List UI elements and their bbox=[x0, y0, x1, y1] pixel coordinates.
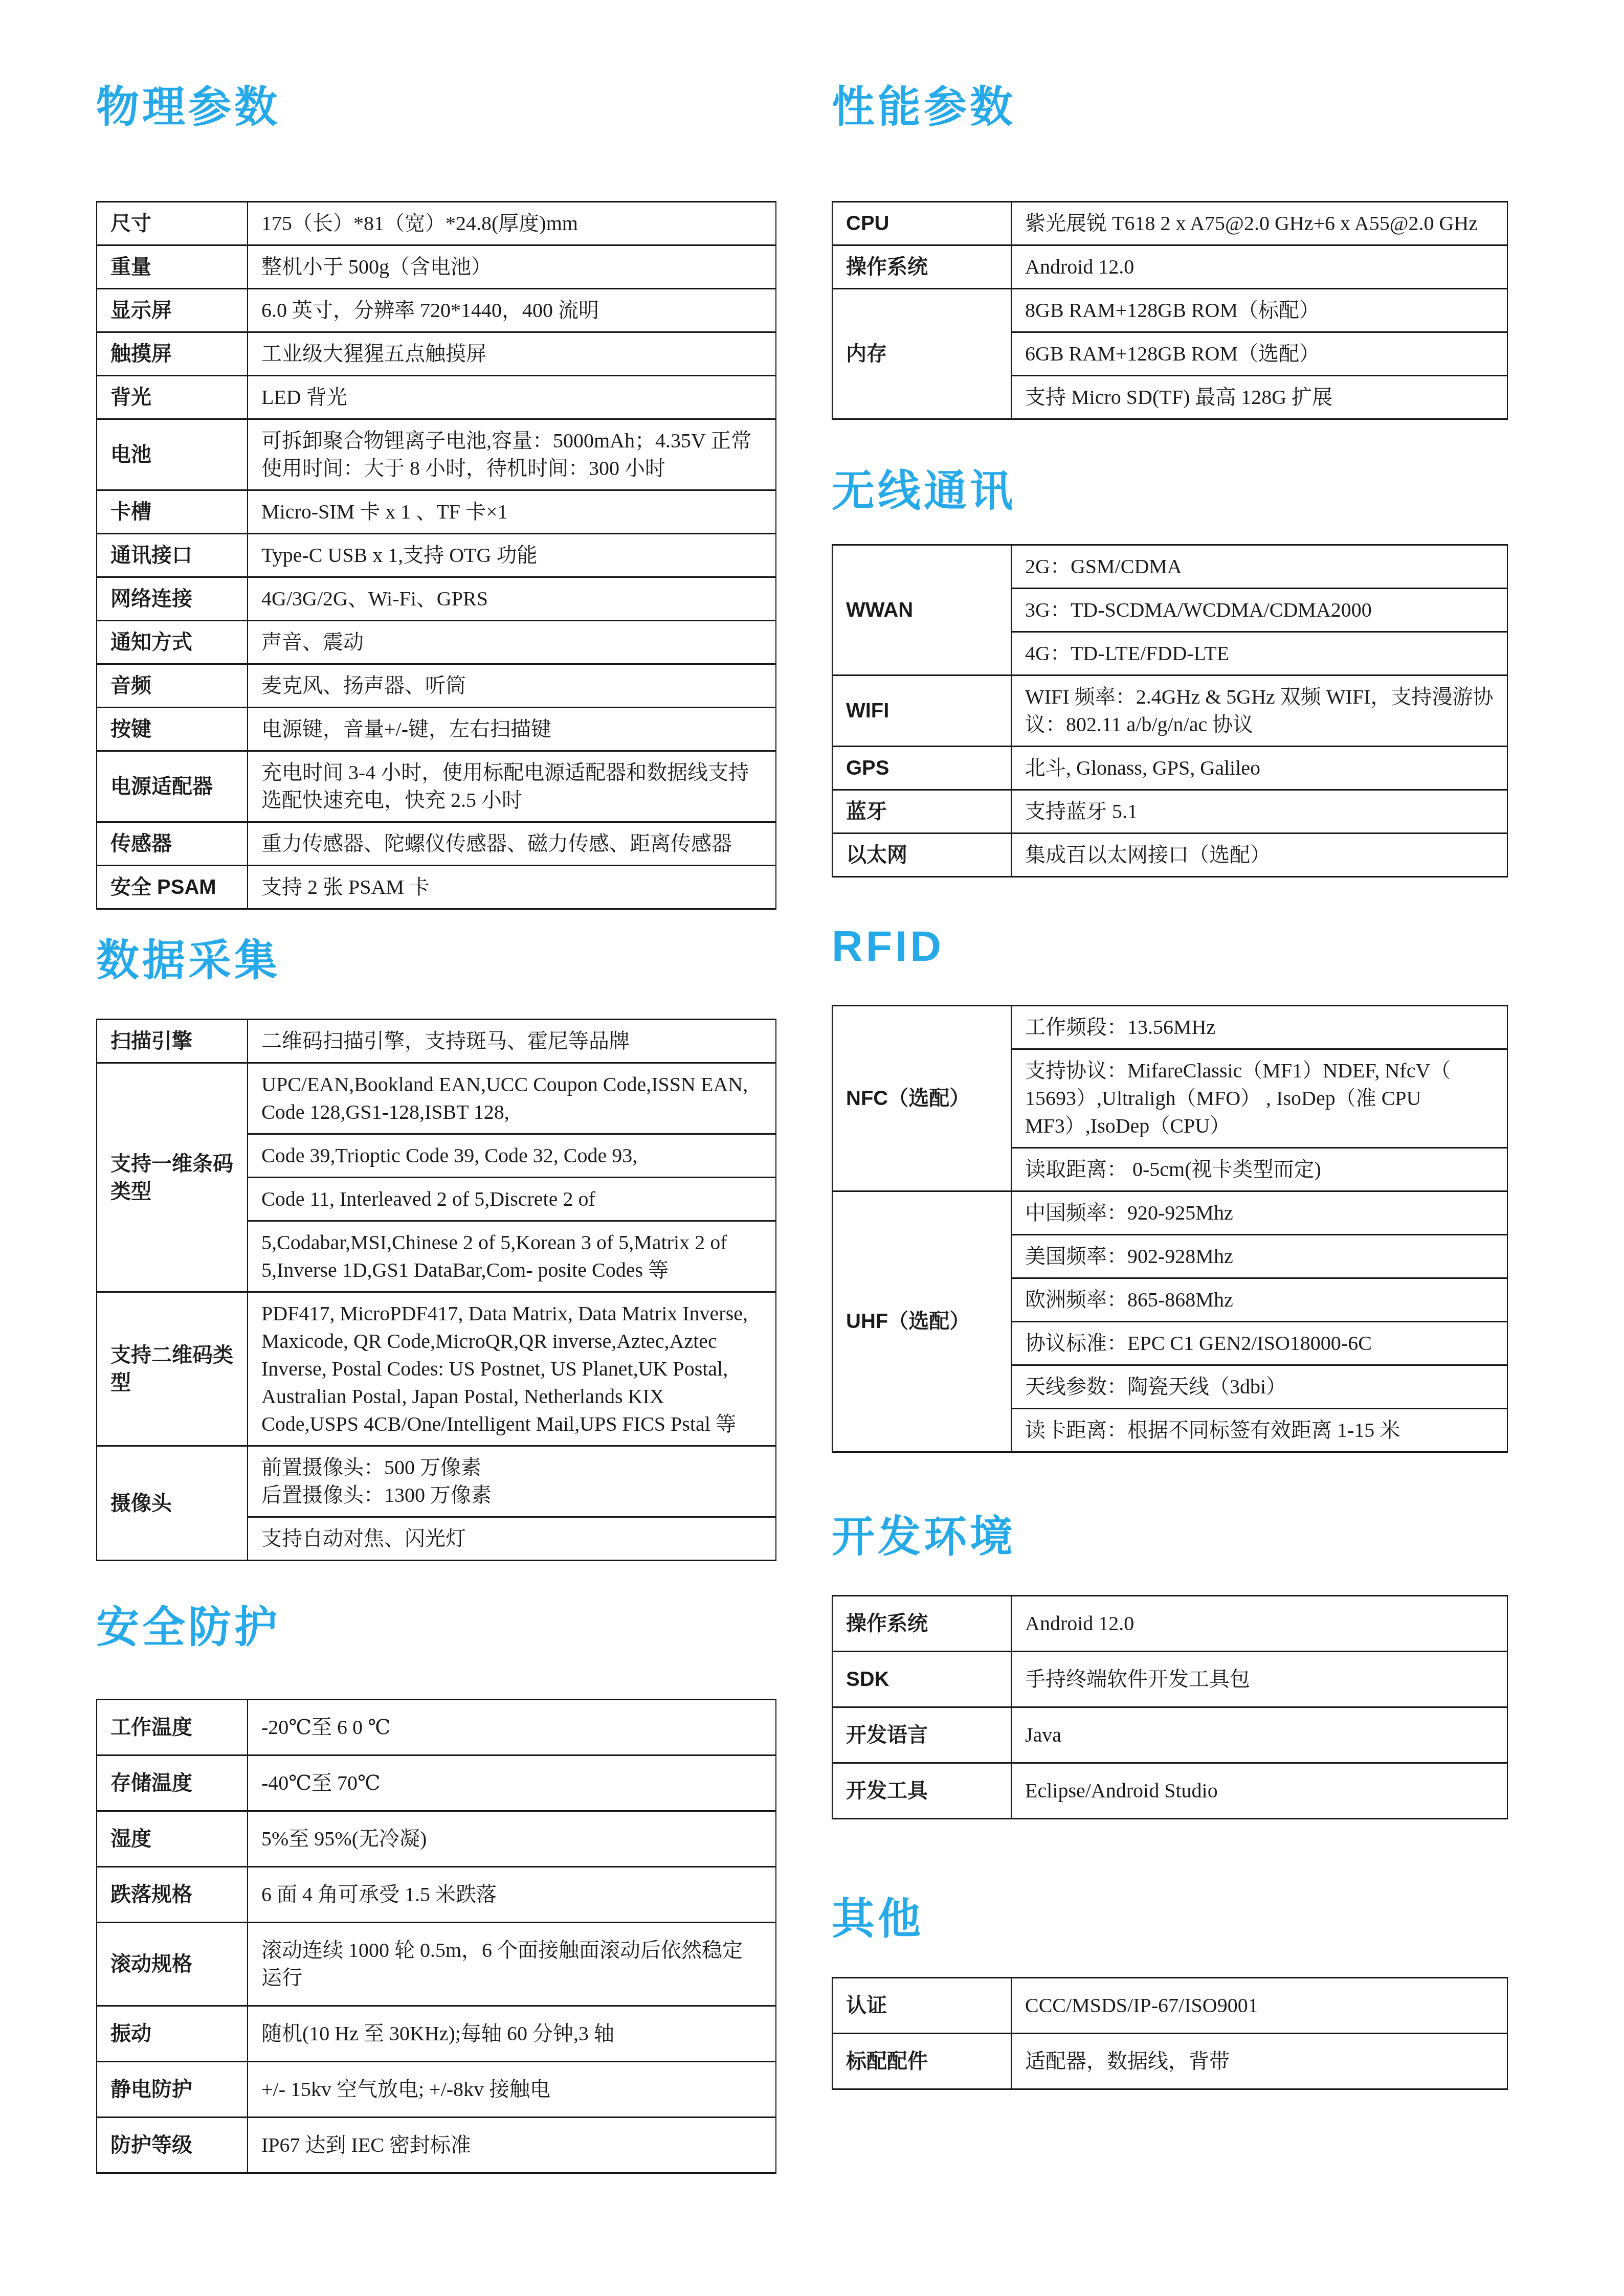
table-row: 湿度5%至 95%(无冷凝) bbox=[97, 1811, 776, 1866]
table-row: CPU 紫光展锐 T618 2 x A75@2.0 GHz+6 x A55@2.… bbox=[832, 202, 1507, 245]
table-row: UHF（选配） 中国频率：920-925Mhz bbox=[832, 1191, 1507, 1234]
table-row: 电池可拆卸聚合物锂离子电池,容量：5000mAh；4.35V 正常使用时间：大于… bbox=[97, 419, 776, 490]
table-row: 按键电源键，音量+/-键，左右扫描键 bbox=[97, 708, 776, 751]
row-label: 以太网 bbox=[832, 834, 1011, 877]
left-column: 物理参数 尺寸175（长）*81（宽）*24.8(厚度)mm 重量整机小于 50… bbox=[96, 0, 776, 2174]
right-column: 性能参数 CPU 紫光展锐 T618 2 x A75@2.0 GHz+6 x A… bbox=[832, 0, 1508, 2090]
row-label: 滚动规格 bbox=[97, 1922, 248, 2006]
wireless-table: WWAN 2G：GSM/CDMA 3G：TD-SCDMA/WCDMA/CDMA2… bbox=[832, 544, 1508, 877]
table-row: 操作系统 Android 12.0 bbox=[832, 245, 1507, 289]
row-label: UHF（选配） bbox=[832, 1191, 1011, 1452]
row-value: 175（长）*81（宽）*24.8(厚度)mm bbox=[248, 202, 776, 245]
section-title-wireless: 无线通讯 bbox=[832, 468, 1508, 513]
row-value: Code 39,Trioptic Code 39, Code 32, Code … bbox=[248, 1134, 776, 1178]
row-label: 支持一维条码类型 bbox=[97, 1063, 248, 1292]
table-row: 滚动规格滚动连续 1000 轮 0.5m，6 个面接触面滚动后依然稳定运行 bbox=[97, 1922, 776, 2006]
section-development: 开发环境 操作系统Android 12.0 SDK手持终端软件开发工具包 开发语… bbox=[832, 1514, 1508, 1819]
table-row: 尺寸175（长）*81（宽）*24.8(厚度)mm bbox=[97, 202, 776, 245]
table-row: 以太网集成百以太网接口（选配） bbox=[832, 834, 1507, 877]
section-title-physical: 物理参数 bbox=[96, 84, 776, 129]
row-label: 支持二维码类型 bbox=[97, 1292, 248, 1446]
row-label: 扫描引擎 bbox=[97, 1020, 248, 1063]
row-value: 2G：GSM/CDMA bbox=[1011, 545, 1507, 589]
row-value: 滚动连续 1000 轮 0.5m，6 个面接触面滚动后依然稳定运行 bbox=[248, 1922, 776, 2006]
section-data-collection: 数据采集 扫描引擎 二维码扫描引擎，支持斑马、霍尼等品牌 支持一维条码类型 UP… bbox=[96, 938, 776, 1561]
row-value: 北斗, Glonass, GPS, Galileo bbox=[1011, 747, 1507, 790]
row-value: 6GB RAM+128GB ROM（选配） bbox=[1011, 332, 1507, 376]
row-value: 3G：TD-SCDMA/WCDMA/CDMA2000 bbox=[1011, 589, 1507, 632]
section-physical: 物理参数 尺寸175（长）*81（宽）*24.8(厚度)mm 重量整机小于 50… bbox=[96, 84, 776, 910]
table-row: 支持一维条码类型 UPC/EAN,Bookland EAN,UCC Coupon… bbox=[97, 1063, 776, 1134]
table-row: 通知方式声音、震动 bbox=[97, 621, 776, 664]
row-label: 传感器 bbox=[97, 822, 248, 866]
row-value: 麦克风、扬声器、听筒 bbox=[248, 664, 776, 708]
row-value: 支持 Micro SD(TF) 最高 128G 扩展 bbox=[1011, 376, 1507, 419]
table-row: 静电防护+/- 15kv 空气放电; +/-8kv 接触电 bbox=[97, 2061, 776, 2117]
row-value: 6.0 英寸，分辨率 720*1440，400 流明 bbox=[248, 289, 776, 332]
row-label: 电源适配器 bbox=[97, 751, 248, 822]
row-label: 触摸屏 bbox=[97, 332, 248, 376]
table-row: 认证CCC/MSDS/IP-67/ISO9001 bbox=[832, 1977, 1507, 2033]
row-label: 标配配件 bbox=[832, 2033, 1011, 2089]
row-value: 支持自动对焦、闪光灯 bbox=[248, 1517, 776, 1561]
row-value: 随机(10 Hz 至 30KHz);每轴 60 分钟,3 轴 bbox=[248, 2006, 776, 2061]
row-value: 6 面 4 角可承受 1.5 米跌落 bbox=[248, 1866, 776, 1922]
row-label: 按键 bbox=[97, 708, 248, 751]
table-row: 工作温度-20℃至 6 0 ℃ bbox=[97, 1699, 776, 1755]
row-label: SDK bbox=[832, 1651, 1011, 1707]
row-value: 5,Codabar,MSI,Chinese 2 of 5,Korean 3 of… bbox=[248, 1221, 776, 1292]
table-row: 背光LED 背光 bbox=[97, 376, 776, 419]
row-label: WIFI bbox=[832, 676, 1011, 747]
row-value: 紫光展锐 T618 2 x A75@2.0 GHz+6 x A55@2.0 GH… bbox=[1011, 202, 1507, 245]
table-row: 传感器重力传感器、陀螺仪传感器、磁力传感、距离传感器 bbox=[97, 822, 776, 866]
table-row: 重量整机小于 500g（含电池） bbox=[97, 245, 776, 289]
row-value: +/- 15kv 空气放电; +/-8kv 接触电 bbox=[248, 2061, 776, 2117]
row-value: 整机小于 500g（含电池） bbox=[248, 245, 776, 289]
row-value: 8GB RAM+128GB ROM（标配） bbox=[1011, 289, 1507, 332]
row-label: 操作系统 bbox=[832, 245, 1011, 289]
section-title-safety: 安全防护 bbox=[96, 1605, 776, 1650]
section-performance: 性能参数 CPU 紫光展锐 T618 2 x A75@2.0 GHz+6 x A… bbox=[832, 84, 1508, 420]
section-title-performance: 性能参数 bbox=[832, 84, 1508, 129]
row-value: Type-C USB x 1,支持 OTG 功能 bbox=[248, 534, 776, 577]
row-label: 存储温度 bbox=[97, 1755, 248, 1811]
row-label: NFC（选配） bbox=[832, 1005, 1011, 1191]
row-label: 蓝牙 bbox=[832, 790, 1011, 834]
section-safety: 安全防护 工作温度-20℃至 6 0 ℃ 存储温度-40℃至 70℃ 湿度5%至… bbox=[96, 1605, 776, 2173]
row-label: 开发语言 bbox=[832, 1707, 1011, 1763]
table-row: WWAN 2G：GSM/CDMA bbox=[832, 545, 1507, 589]
row-label: 内存 bbox=[832, 289, 1011, 419]
row-value: 中国频率：920-925Mhz bbox=[1011, 1191, 1507, 1234]
row-label: CPU bbox=[832, 202, 1011, 245]
row-value: Android 12.0 bbox=[1011, 245, 1507, 289]
row-label: 开发工具 bbox=[832, 1763, 1011, 1818]
table-row: 蓝牙支持蓝牙 5.1 bbox=[832, 790, 1507, 834]
camera-front-value: 前置摄像头：500 万像素 bbox=[261, 1454, 762, 1481]
other-table: 认证CCC/MSDS/IP-67/ISO9001 标配配件适配器，数据线，背带 bbox=[832, 1977, 1508, 2090]
row-label: WWAN bbox=[832, 545, 1011, 676]
row-value: 声音、震动 bbox=[248, 621, 776, 664]
row-value: 工作频段：13.56MHz bbox=[1011, 1005, 1507, 1049]
row-value: Eclipse/Android Studio bbox=[1011, 1763, 1507, 1818]
row-value: 支持协议：MifareClassic（MF1）NDEF, NfcV（ 15693… bbox=[1011, 1049, 1507, 1147]
row-label: 背光 bbox=[97, 376, 248, 419]
table-row: 跌落规格6 面 4 角可承受 1.5 米跌落 bbox=[97, 1866, 776, 1922]
row-value: -20℃至 6 0 ℃ bbox=[248, 1699, 776, 1755]
row-value: 可拆卸聚合物锂离子电池,容量：5000mAh；4.35V 正常使用时间：大于 8… bbox=[248, 419, 776, 490]
row-value: CCC/MSDS/IP-67/ISO9001 bbox=[1011, 1977, 1507, 2033]
table-row: 网络连接4G/3G/2G、Wi-Fi、GPRS bbox=[97, 577, 776, 621]
table-row: 显示屏6.0 英寸，分辨率 720*1440，400 流明 bbox=[97, 289, 776, 332]
section-other: 其他 认证CCC/MSDS/IP-67/ISO9001 标配配件适配器，数据线，… bbox=[832, 1896, 1508, 2090]
row-value: 适配器，数据线，背带 bbox=[1011, 2033, 1507, 2089]
row-label: 网络连接 bbox=[97, 577, 248, 621]
section-title-data-collection: 数据采集 bbox=[96, 938, 776, 983]
row-label: 认证 bbox=[832, 1977, 1011, 2033]
table-row: 开发工具Eclipse/Android Studio bbox=[832, 1763, 1507, 1818]
row-label: 重量 bbox=[97, 245, 248, 289]
section-wireless: 无线通讯 WWAN 2G：GSM/CDMA 3G：TD-SCDMA/WCDMA/… bbox=[832, 468, 1508, 877]
row-value: IP67 达到 IEC 密封标准 bbox=[248, 2117, 776, 2173]
row-value: 天线参数：陶瓷天线（3dbi） bbox=[1011, 1365, 1507, 1408]
row-label: 静电防护 bbox=[97, 2061, 248, 2117]
row-value: Micro-SIM 卡 x 1 、TF 卡×1 bbox=[248, 490, 776, 534]
row-label: 振动 bbox=[97, 2006, 248, 2061]
table-row: 标配配件适配器，数据线，背带 bbox=[832, 2033, 1507, 2089]
table-row: 存储温度-40℃至 70℃ bbox=[97, 1755, 776, 1811]
row-label: 电池 bbox=[97, 419, 248, 490]
table-row: SDK手持终端软件开发工具包 bbox=[832, 1651, 1507, 1707]
row-value: 4G：TD-LTE/FDD-LTE bbox=[1011, 632, 1507, 676]
row-value: UPC/EAN,Bookland EAN,UCC Coupon Code,ISS… bbox=[248, 1063, 776, 1134]
table-row: 通讯接口Type-C USB x 1,支持 OTG 功能 bbox=[97, 534, 776, 577]
row-value: 读卡距离：根据不同标签有效距离 1-15 米 bbox=[1011, 1408, 1507, 1452]
row-label: 跌落规格 bbox=[97, 1866, 248, 1922]
table-row: 摄像头 前置摄像头：500 万像素 后置摄像头：1300 万像素 bbox=[97, 1446, 776, 1517]
table-row: 操作系统Android 12.0 bbox=[832, 1595, 1507, 1651]
row-value: WIFI 频率：2.4GHz & 5GHz 双频 WIFI，支持漫游协议：802… bbox=[1011, 676, 1507, 747]
row-label: GPS bbox=[832, 747, 1011, 790]
row-label: 通讯接口 bbox=[97, 534, 248, 577]
row-value: 5%至 95%(无冷凝) bbox=[248, 1811, 776, 1866]
row-value: 手持终端软件开发工具包 bbox=[1011, 1651, 1507, 1707]
section-rfid: RFID NFC（选配） 工作频段：13.56MHz 支持协议：MifareCl… bbox=[832, 924, 1508, 1452]
row-value: 集成百以太网接口（选配） bbox=[1011, 834, 1507, 877]
spec-sheet-page: { "accent_color": "#25a9e8", "sections":… bbox=[0, 0, 1624, 2296]
row-value: 重力传感器、陀螺仪传感器、磁力传感、距离传感器 bbox=[248, 822, 776, 866]
row-label: 操作系统 bbox=[832, 1595, 1011, 1651]
table-row: GPS北斗, Glonass, GPS, Galileo bbox=[832, 747, 1507, 790]
development-table: 操作系统Android 12.0 SDK手持终端软件开发工具包 开发语言Java… bbox=[832, 1595, 1508, 1819]
row-value: 美国频率：902-928Mhz bbox=[1011, 1234, 1507, 1278]
table-row: 防护等级IP67 达到 IEC 密封标准 bbox=[97, 2117, 776, 2173]
row-label: 尺寸 bbox=[97, 202, 248, 245]
table-row: 安全 PSAM支持 2 张 PSAM 卡 bbox=[97, 866, 776, 909]
section-title-development: 开发环境 bbox=[832, 1514, 1508, 1559]
camera-rear-value: 后置摄像头：1300 万像素 bbox=[261, 1481, 762, 1509]
row-value: 电源键，音量+/-键，左右扫描键 bbox=[248, 708, 776, 751]
physical-table: 尺寸175（长）*81（宽）*24.8(厚度)mm 重量整机小于 500g（含电… bbox=[96, 201, 776, 910]
row-value: 4G/3G/2G、Wi-Fi、GPRS bbox=[248, 577, 776, 621]
performance-table: CPU 紫光展锐 T618 2 x A75@2.0 GHz+6 x A55@2.… bbox=[832, 201, 1508, 420]
row-value: 二维码扫描引擎，支持斑马、霍尼等品牌 bbox=[248, 1020, 776, 1063]
table-row: NFC（选配） 工作频段：13.56MHz bbox=[832, 1005, 1507, 1049]
table-row: 支持二维码类型 PDF417, MicroPDF417, Data Matrix… bbox=[97, 1292, 776, 1446]
row-label: 通知方式 bbox=[97, 621, 248, 664]
row-label: 摄像头 bbox=[97, 1446, 248, 1561]
table-row: 卡槽Micro-SIM 卡 x 1 、TF 卡×1 bbox=[97, 490, 776, 534]
row-label: 显示屏 bbox=[97, 289, 248, 332]
row-value: 前置摄像头：500 万像素 后置摄像头：1300 万像素 bbox=[248, 1446, 776, 1517]
section-title-other: 其他 bbox=[832, 1896, 1508, 1941]
table-row: WIFIWIFI 频率：2.4GHz & 5GHz 双频 WIFI，支持漫游协议… bbox=[832, 676, 1507, 747]
safety-table: 工作温度-20℃至 6 0 ℃ 存储温度-40℃至 70℃ 湿度5%至 95%(… bbox=[96, 1699, 776, 2174]
row-value: 欧洲频率：865-868Mhz bbox=[1011, 1278, 1507, 1321]
row-value: 支持 2 张 PSAM 卡 bbox=[248, 866, 776, 909]
row-label: 工作温度 bbox=[97, 1699, 248, 1755]
rfid-table: NFC（选配） 工作频段：13.56MHz 支持协议：MifareClassic… bbox=[832, 1005, 1508, 1453]
row-value: Code 11, Interleaved 2 of 5,Discrete 2 o… bbox=[248, 1178, 776, 1221]
row-value: 工业级大猩猩五点触摸屏 bbox=[248, 332, 776, 376]
table-row: 振动随机(10 Hz 至 30KHz);每轴 60 分钟,3 轴 bbox=[97, 2006, 776, 2061]
row-value: LED 背光 bbox=[248, 376, 776, 419]
table-row: 音频麦克风、扬声器、听筒 bbox=[97, 664, 776, 708]
table-row: 内存 8GB RAM+128GB ROM（标配） bbox=[832, 289, 1507, 332]
row-value: 读取距离： 0-5cm(视卡类型而定) bbox=[1011, 1147, 1507, 1191]
row-value: PDF417, MicroPDF417, Data Matrix, Data M… bbox=[248, 1292, 776, 1446]
row-value: Android 12.0 bbox=[1011, 1595, 1507, 1651]
row-value: 协议标准：EPC C1 GEN2/ISO18000-6C bbox=[1011, 1321, 1507, 1365]
row-label: 湿度 bbox=[97, 1811, 248, 1866]
table-row: 电源适配器充电时间 3-4 小时，使用标配电源适配器和数据线支持选配快速充电，快… bbox=[97, 751, 776, 822]
row-value: Java bbox=[1011, 1707, 1507, 1763]
row-label: 防护等级 bbox=[97, 2117, 248, 2173]
table-row: 开发语言Java bbox=[832, 1707, 1507, 1763]
row-value: 支持蓝牙 5.1 bbox=[1011, 790, 1507, 834]
table-row: 扫描引擎 二维码扫描引擎，支持斑马、霍尼等品牌 bbox=[97, 1020, 776, 1063]
table-row: 触摸屏工业级大猩猩五点触摸屏 bbox=[97, 332, 776, 376]
row-value: 充电时间 3-4 小时，使用标配电源适配器和数据线支持选配快速充电，快充 2.5… bbox=[248, 751, 776, 822]
row-label: 卡槽 bbox=[97, 490, 248, 534]
data-collection-table: 扫描引擎 二维码扫描引擎，支持斑马、霍尼等品牌 支持一维条码类型 UPC/EAN… bbox=[96, 1019, 776, 1561]
row-label: 安全 PSAM bbox=[97, 866, 248, 909]
row-label: 音频 bbox=[97, 664, 248, 708]
section-title-rfid: RFID bbox=[832, 924, 1508, 969]
row-value: -40℃至 70℃ bbox=[248, 1755, 776, 1811]
